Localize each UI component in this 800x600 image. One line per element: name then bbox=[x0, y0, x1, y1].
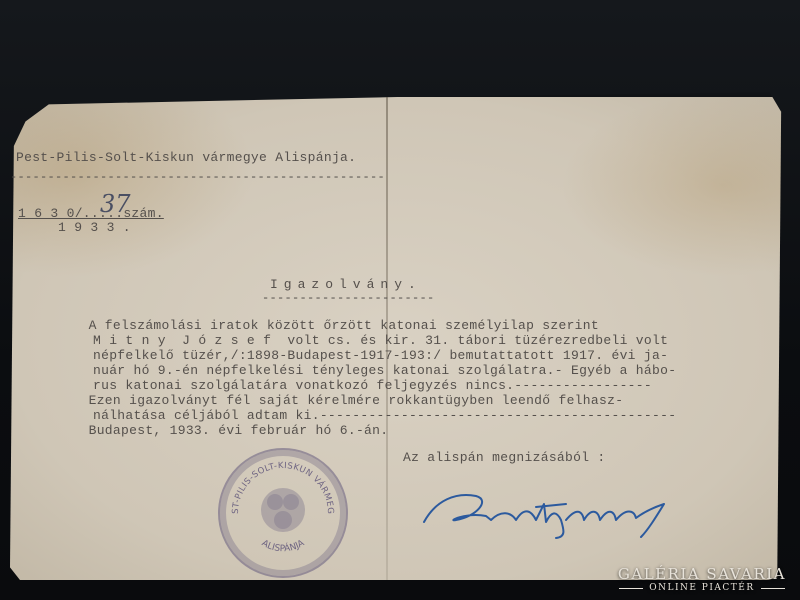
reference-year: 1 9 3 3 . bbox=[58, 220, 131, 235]
reference-number: 1 6 3 0/.....szám. bbox=[18, 206, 164, 221]
body-line: A felszámolási iratok között őrzött kato… bbox=[40, 318, 599, 333]
gallery-watermark: GALÉRIA SAVARIA ONLINE PIACTÉR bbox=[618, 565, 786, 593]
title-underline: ----------------------- bbox=[262, 291, 435, 306]
watermark-brand: GALÉRIA SAVARIA bbox=[618, 565, 786, 583]
stamp-emblem-icon: PEST-PILIS-SOLT-KISKUN VÁRMEGYE ALISPÁNJ… bbox=[220, 450, 346, 576]
header-divider: ----------------------------------------… bbox=[10, 170, 385, 185]
body-line: népfelkelő tüzér,/:1898-Budapest-1917-19… bbox=[93, 348, 668, 363]
issuing-authority: Pest-Pilis-Solt-Kiskun vármegye Alispánj… bbox=[16, 150, 356, 165]
document-title: Igazolvány. bbox=[270, 277, 422, 292]
watermark-subtitle: ONLINE PIACTÉR bbox=[618, 583, 786, 593]
body-line: M i t n y J ó z s e f volt cs. és kir. 3… bbox=[93, 333, 668, 348]
handwritten-signature bbox=[416, 482, 696, 542]
body-line: nuár hó 9.-én népfelkelési tényleges kat… bbox=[93, 363, 676, 378]
body-line: nálhatása céljából adtam ki.------------… bbox=[93, 408, 676, 423]
svg-text:ALISPÁNJA: ALISPÁNJA bbox=[260, 538, 307, 554]
body-line: rus katonai szolgálatára vonatkozó felje… bbox=[93, 378, 652, 393]
body-line: Ezen igazolványt fél saját kérelmére rok… bbox=[40, 393, 623, 408]
authorization-line: Az alispán megnizásából : bbox=[403, 450, 606, 465]
official-stamp: PEST-PILIS-SOLT-KISKUN VÁRMEGYE ALISPÁNJ… bbox=[218, 448, 348, 578]
date-line: Budapest, 1933. évi február hó 6.-án. bbox=[40, 423, 388, 438]
